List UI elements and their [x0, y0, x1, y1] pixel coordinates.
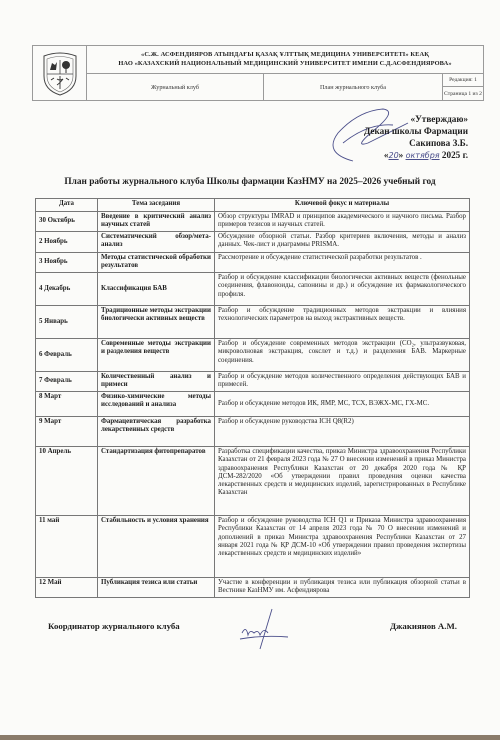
row-date: 11 май — [36, 516, 98, 578]
row-topic: Физико-химические методы исследований и … — [98, 392, 215, 417]
table-row: 4 Декабрь Классификация БАВ Разбор и обс… — [36, 273, 470, 306]
row-date: 4 Декабрь — [36, 273, 98, 306]
column-header-date: Дата — [36, 199, 98, 212]
table-row: 9 Март Фармацевтическая разработка лекар… — [36, 417, 470, 447]
coordinator-signature-icon — [232, 605, 292, 653]
row-topic: Традиционные методы экстракции биологиче… — [98, 306, 215, 339]
row-topic: Фармацевтическая разработка лекарственны… — [98, 417, 215, 447]
row-topic: Стабильность и условия хранения — [98, 516, 215, 578]
approval-day: 20 — [388, 151, 398, 160]
table-row: 3 Ноябрь Методы статистической обработки… — [36, 253, 470, 273]
row-focus: Разработка спецификации качества, приказ… — [215, 447, 470, 516]
row-date: 6 Февраль — [36, 339, 98, 372]
approval-month: октября — [406, 151, 440, 160]
university-name: «С.Ж. АСФЕНДИЯРОВ АТЫНДАҒЫ ҚАЗАҚ ҰЛТТЫҚ … — [87, 46, 483, 74]
table-row: 7 Февраль Количественный анализ и примес… — [36, 372, 470, 392]
row-topic: Введение в критический анализ научных ст… — [98, 212, 215, 232]
university-name-kz: «С.Ж. АСФЕНДИЯРОВ АТЫНДАҒЫ ҚАЗАҚ ҰЛТТЫҚ … — [87, 51, 483, 60]
row-date: 12 Май — [36, 578, 98, 598]
row-date: 5 Январь — [36, 306, 98, 339]
plan-table: Дата Тема заседания Ключевой фокус и мат… — [35, 198, 470, 598]
row-focus: Разбор и обсуждение руководства ICH Q8(R… — [215, 417, 470, 447]
row-topic: Систематический обзор/мета-анализ — [98, 232, 215, 253]
coordinator-name: Джакиянов А.М. — [390, 621, 457, 631]
row-focus: Разбор и обсуждение классификации биолог… — [215, 273, 470, 306]
row-focus: Разбор и обсуждение методов ИК, ЯМР, МС,… — [215, 392, 470, 417]
approver-name: Сакипова З.Б. — [364, 137, 468, 149]
row-date: 7 Февраль — [36, 372, 98, 392]
coordinator-label: Координатор журнального клуба — [48, 621, 180, 631]
table-row: 2 Ноябрь Систематический обзор/мета-анал… — [36, 232, 470, 253]
row-date: 3 Ноябрь — [36, 253, 98, 273]
row-topic: Методы статистической обработки результа… — [98, 253, 215, 273]
document-name: План журнального клуба — [264, 74, 443, 100]
edition-label: Редакция: 1 — [443, 74, 483, 87]
row-focus: Разбор и обсуждение руководства ICH Q1 и… — [215, 516, 470, 578]
table-row: 6 Февраль Современные методы экстракции … — [36, 339, 470, 372]
row-date: 30 Октябрь — [36, 212, 98, 232]
document-header: «С.Ж. АСФЕНДИЯРОВ АТЫНДАҒЫ ҚАЗАҚ ҰЛТТЫҚ … — [32, 45, 484, 101]
row-focus: Рассмотрение и обсуждение статистической… — [215, 253, 470, 273]
row-date: 2 Ноябрь — [36, 232, 98, 253]
row-date: 8 Март — [36, 392, 98, 417]
row-focus: Разбор и обсуждение методов количественн… — [215, 372, 470, 392]
row-topic: Стандартизация фитопрепаратов — [98, 447, 215, 516]
table-row: 30 Октябрь Введение в критический анализ… — [36, 212, 470, 232]
page-label: Страница 1 из 2 — [443, 87, 483, 100]
row-focus: Обзор структуры IMRAD и принципов академ… — [215, 212, 470, 232]
table-row: 11 май Стабильность и условия хранения Р… — [36, 516, 470, 578]
table-row: 12 Май Публикация тезиса или статьи Учас… — [36, 578, 470, 598]
table-row: 5 Январь Традиционные методы экстракции … — [36, 306, 470, 339]
row-topic: Современные методы экстракции и разделен… — [98, 339, 215, 372]
university-crest-icon — [40, 50, 80, 96]
row-focus: Разбор и обсуждение традиционных методов… — [215, 306, 470, 339]
approval-date: «20» октября 2025 г. — [364, 149, 468, 162]
column-header-topic: Тема заседания — [98, 199, 215, 212]
row-focus: Разбор и обсуждение современных методов … — [215, 339, 470, 372]
row-focus: Обсуждение обзорной статьи. Разбор крите… — [215, 232, 470, 253]
row-date: 10 Апрель — [36, 447, 98, 516]
approve-label: «Утверждаю» — [364, 113, 468, 125]
row-focus: Участие в конференции и публикация тезис… — [215, 578, 470, 598]
table-header-row: Дата Тема заседания Ключевой фокус и мат… — [36, 199, 470, 212]
row-topic: Количественный анализ и примеси — [98, 372, 215, 392]
page-title: План работы журнального клуба Школы фарм… — [0, 177, 500, 187]
row-topic: Публикация тезиса или статьи — [98, 578, 215, 598]
section-name: Журнальный клуб — [87, 74, 264, 100]
university-logo — [33, 46, 87, 100]
approval-block: «Утверждаю» Декан школы Фармации Сакипов… — [364, 113, 468, 162]
university-name-ru: НАО «КАЗАХСКИЙ НАЦИОНАЛЬНЫЙ МЕДИЦИНСКИЙ … — [87, 60, 483, 69]
row-date: 9 Март — [36, 417, 98, 447]
approval-year: 2025 г. — [442, 150, 468, 160]
table-row: 10 Апрель Стандартизация фитопрепаратов … — [36, 447, 470, 516]
page-edge — [0, 735, 500, 740]
row-topic: Классификация БАВ — [98, 273, 215, 306]
column-header-focus: Ключевой фокус и материалы — [215, 199, 470, 212]
table-row: 8 Март Физико-химические методы исследов… — [36, 392, 470, 417]
approver-position: Декан школы Фармации — [364, 125, 468, 137]
